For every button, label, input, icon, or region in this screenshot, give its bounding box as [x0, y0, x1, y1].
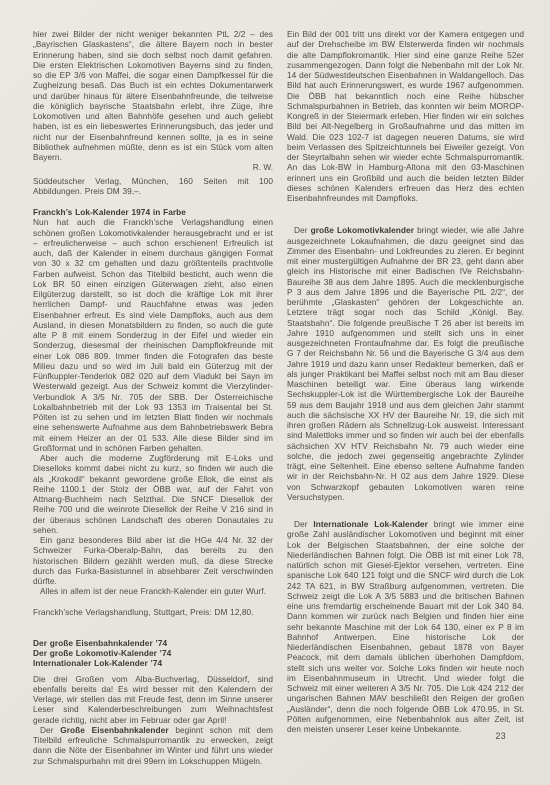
paragraph-rest: bringt wieder, wie alle Jahre ausgezeich… — [287, 225, 524, 502]
review-heading-internationaler-lok-kalender: Internationaler Lok-Kalender ’74 — [33, 658, 273, 668]
paragraph-lead: Der — [294, 225, 311, 235]
review-paragraph: Ein ganz besonderes Bild aber ist die HG… — [33, 535, 273, 586]
calendar-name-emphasis: große Lokomotivkalender — [311, 225, 414, 235]
right-column: Ein Bild der 001 tritt uns direkt vor de… — [287, 29, 524, 766]
review-paragraph: Nun hat auch die Franckh’sche Verlagshan… — [33, 217, 273, 453]
review-paragraph: Der Internationale Lok-Kalender bringt w… — [287, 519, 524, 734]
review-paragraph: Aber auch die moderne Zugförderung mit E… — [33, 453, 273, 535]
paragraph-lead: Der — [294, 519, 313, 529]
review-heading-eisenbahnkalender: Der große Eisenbahnkalender ’74 — [33, 638, 273, 648]
review-paragraph: Der große Lokomotivkalender bringt wiede… — [287, 225, 524, 502]
reviewer-initials: R. W. — [33, 162, 273, 172]
left-column: hier zwei Bilder der nicht weniger bekan… — [33, 29, 273, 766]
calendar-name-emphasis: Große Eisenbahnkalender — [60, 725, 168, 735]
text-columns: hier zwei Bilder der nicht weniger bekan… — [33, 29, 524, 766]
calendar-name-emphasis: Internationale Lok-Kalender — [313, 519, 428, 529]
continuation-paragraph: hier zwei Bilder der nicht weniger bekan… — [33, 29, 273, 162]
paragraph-lead: Der — [40, 725, 60, 735]
page-number: 23 — [495, 731, 506, 741]
review-paragraph: Alles in allem ist der neue Franckh-Kale… — [33, 586, 273, 596]
publisher-line: Süddeutscher Verlag, München, 160 Seiten… — [33, 176, 273, 197]
continuation-paragraph: Ein Bild der 001 tritt uns direkt vor de… — [287, 29, 524, 203]
review-paragraph: Der Große Eisenbahnkalender beginnt scho… — [33, 725, 273, 766]
review-heading-franckh: Franckh’s Lok-Kalender 1974 in Farbe — [33, 207, 273, 217]
paragraph-rest: bringt wie immer eine große Zahl ausländ… — [287, 519, 524, 734]
review-paragraph: Die drei Großen vom Alba-Buchverlag, Düs… — [33, 674, 273, 725]
publisher-line: Franckh’sche Verlagshandlung, Stuttgart,… — [33, 607, 273, 617]
magazine-page: hier zwei Bilder der nicht weniger bekan… — [0, 0, 550, 785]
review-heading-lokomotiv-kalender: Der große Lokomotiv-Kalender ’74 — [33, 648, 273, 658]
